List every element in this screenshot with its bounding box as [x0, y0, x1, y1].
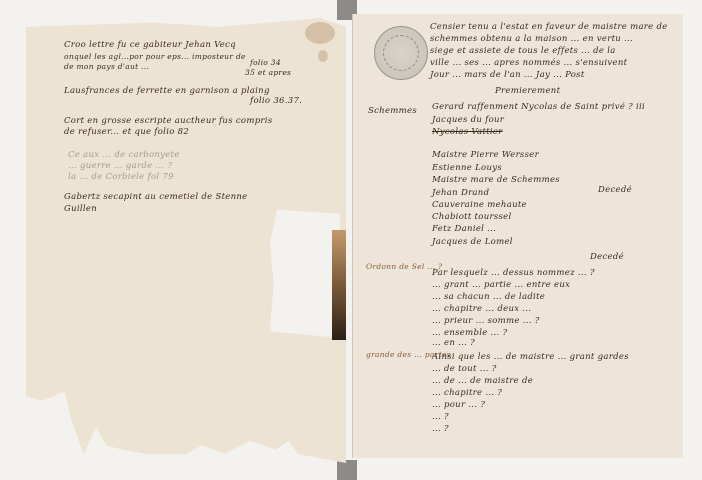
page-tear	[270, 203, 340, 338]
right-line: ... pour ... ?	[432, 400, 485, 410]
right-line: ... en ... ?	[432, 338, 475, 348]
right-line: ... ?	[432, 424, 449, 434]
right-line: Jehan Drand	[432, 188, 489, 198]
right-line: ... de ... de maistre de	[432, 376, 533, 386]
stain	[305, 22, 335, 44]
right-page	[352, 14, 683, 458]
right-line: Nycolas Vattier	[432, 127, 503, 137]
right-line: Estienne Louys	[432, 163, 502, 173]
right-line: ... prieur ... somme ... ?	[432, 316, 540, 326]
margin-note: Ordonn de Sel ... ?	[366, 262, 442, 271]
right-line: schemmes obtenu a la maison ... en vertu…	[430, 34, 633, 44]
left-line: Gabertz secapint au cemetiel de Stenne	[64, 192, 248, 202]
spine-strip-bottom	[337, 460, 357, 480]
right-line: ... chapitre ... ?	[432, 388, 502, 398]
left-line: Croo lettre fu ce gabiteur Jehan Vecq	[64, 40, 236, 50]
right-line: Chabiott tourssel	[432, 212, 512, 222]
side-note: Decedé	[598, 185, 632, 195]
seal-inner	[383, 35, 419, 71]
left-line: de refuser... et que folio 82	[64, 127, 189, 137]
right-line: Fetz Daniel ...	[432, 224, 496, 234]
left-line: Guillen	[64, 204, 97, 214]
right-line: Ainsi que les ... de maistre ... grant g…	[432, 352, 629, 362]
left-line: folio 36.37.	[250, 96, 302, 106]
stain	[318, 50, 328, 62]
left-line: ... guerre ... garde ... ?	[68, 161, 172, 171]
right-line: ... de tout ... ?	[432, 364, 497, 374]
right-line: ... sa chacun ... de ladite	[432, 292, 545, 302]
gutter	[332, 230, 346, 340]
right-line: ... chapitre ... deux ...	[432, 304, 531, 314]
right-line: Premierement	[495, 86, 560, 96]
right-line: Jacques de Lomel	[432, 237, 513, 247]
right-line: Maistre Pierre Wersser	[432, 150, 539, 160]
left-line: onquel les agl...por pour eps... imposte…	[64, 52, 246, 61]
right-line: Gerard raffenment Nycolas de Saint privé…	[432, 102, 645, 112]
left-line: Ce aux ... de carbonyete	[68, 150, 180, 160]
right-line: ... ?	[432, 412, 449, 422]
right-line: Censier tenu a l'estat en faveur de mais…	[430, 22, 668, 32]
margin-note: Schemmes	[368, 106, 417, 116]
right-line: ... ensemble ... ?	[432, 328, 507, 338]
right-line: Cauveraine mehaute	[432, 200, 527, 210]
right-line: Maistre mare de Schemmes	[432, 175, 560, 185]
left-line: Lausfrances de ferrette en garnison a pl…	[64, 86, 270, 96]
left-line: folio 34	[250, 58, 281, 67]
right-line: Jacques du four	[432, 115, 504, 125]
right-line: ville ... ses ... apres nommés ... s'ens…	[430, 58, 627, 68]
right-line: ... grant ... partie ... entre eux	[432, 280, 570, 290]
left-line: de mon pays d'aut ...	[64, 62, 149, 71]
right-line: Par lesquelz ... dessus nommez ... ?	[432, 268, 595, 278]
side-note: Decedé	[590, 252, 624, 262]
left-line: 35 et apres	[245, 68, 291, 77]
left-line: Cort en grosse escripte auctheur fus com…	[64, 116, 272, 126]
seal-stamp	[374, 26, 428, 80]
right-line: Jour ... mars de l'an ... Jay ... Post	[430, 70, 585, 80]
left-line: la ... de Corbiele fol 79	[68, 172, 174, 182]
right-line: siege et assiete de tous le effets ... d…	[430, 46, 616, 56]
